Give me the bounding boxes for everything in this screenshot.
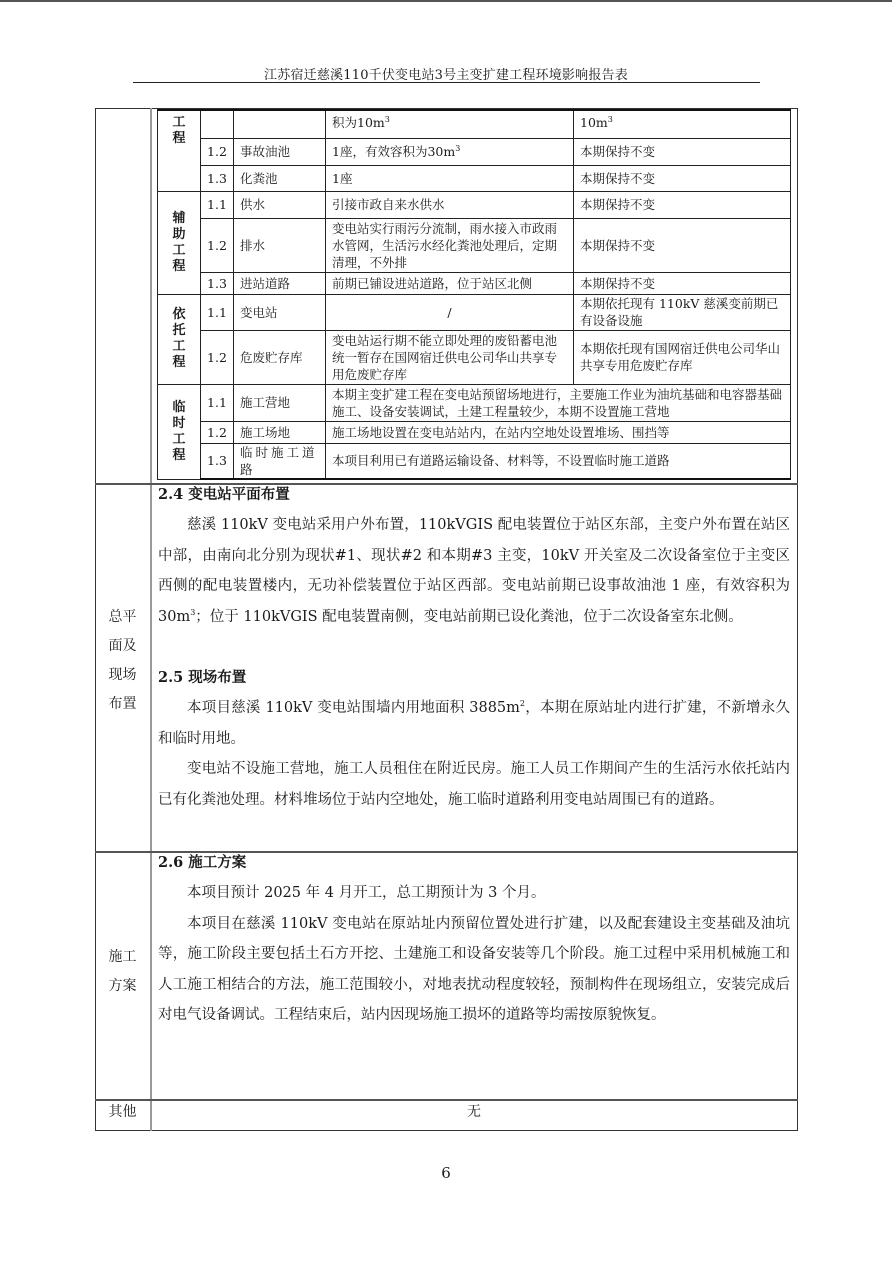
item-name: 化粪池 xyxy=(234,165,326,191)
table-row: 临 时 工 程 1.1 施工营地 本期主变扩建工程在变电站预留场地进行，主要施工… xyxy=(158,384,791,421)
section-heading-2-6: 2.6 施工方案 xyxy=(158,852,790,874)
item-number: 1.3 xyxy=(201,165,234,191)
paragraph: 本项目慈溪 110kV 变电站围墙内用地面积 3885m2，本期在原站址内进行扩… xyxy=(158,693,790,754)
item-status: 本期保持不变 xyxy=(574,218,791,272)
item-content: / xyxy=(326,294,574,330)
section-heading-2-5: 2.5 现场布置 xyxy=(158,667,790,689)
table-row: 1.2 排水 变电站实行雨污分流制，雨水接入市政雨水管网，生活污水经化粪池处理后… xyxy=(158,218,791,272)
label-line: 总平 xyxy=(95,603,150,632)
section-site-layout: 2.5 现场布置 本项目慈溪 110kV 变电站围墙内用地面积 3885m2，本… xyxy=(158,667,790,815)
item-status: 本期依托现有国网宿迁供电公司华山共享专用危废贮存库 xyxy=(574,330,791,384)
item-content: 前期已铺设进站道路，位于站区北侧 xyxy=(326,272,574,294)
section-label-other: 其他 xyxy=(95,1100,150,1124)
project-composition-table: 工 程 积为10m3 10m3 1.2 事故油池 1座，有效容积为30m3 本期… xyxy=(157,109,791,480)
table-row: 1.3 临时施工道路 本项目利用已有道路运输设备、材料等，不设置临时施工道路 xyxy=(158,443,791,479)
other-value: 无 xyxy=(150,1100,798,1124)
item-number: 1.2 xyxy=(201,421,234,443)
item-name: 危废贮存库 xyxy=(234,330,326,384)
item-content: 本期主变扩建工程在变电站预留场地进行，主要施工作业为油坑基础和电容器基础施工、设… xyxy=(326,384,791,421)
table-row: 1.3 化粪池 1座 本期保持不变 xyxy=(158,165,791,191)
item-status: 本期保持不变 xyxy=(574,272,791,294)
section-label-layout: 总平 面及 现场 布置 xyxy=(95,603,150,719)
item-name: 施工营地 xyxy=(234,384,326,421)
section-construction-plan: 2.6 施工方案 本项目预计 2025 年 4 月开工，总工期预计为 3 个月。… xyxy=(158,852,790,1031)
item-content: 变电站运行期不能立即处理的废铅蓄电池统一暂存在国网宿迁供电公司华山共享专用危废贮… xyxy=(326,330,574,384)
section-substation-layout: 2.4 变电站平面布置 慈溪 110kV 变电站采用户外布置，110kVGIS … xyxy=(158,484,790,632)
item-status: 本期依托现有 110kV 慈溪变前期已有设备设施 xyxy=(574,294,791,330)
label-column-divider xyxy=(150,108,152,1131)
item-number xyxy=(201,110,234,138)
item-number: 1.3 xyxy=(201,272,234,294)
label-line: 布置 xyxy=(95,690,150,719)
item-name: 施工场地 xyxy=(234,421,326,443)
table-row: 依 托 工 程 1.1 变电站 / 本期依托现有 110kV 慈溪变前期已有设备… xyxy=(158,294,791,330)
category-cell: 临 时 工 程 xyxy=(158,384,201,479)
item-number: 1.3 xyxy=(201,443,234,479)
label-line: 面及 xyxy=(95,632,150,661)
paragraph: 本项目预计 2025 年 4 月开工，总工期预计为 3 个月。 xyxy=(158,878,790,909)
paragraph: 变电站不设施工营地，施工人员租住在附近民房。施工人员工作期间产生的生活污水依托站… xyxy=(158,754,790,815)
item-name: 事故油池 xyxy=(234,138,326,165)
label-line: 施工 xyxy=(95,943,150,972)
item-name: 变电站 xyxy=(234,294,326,330)
category-label: 工 程 xyxy=(160,115,198,147)
table-row: 工 程 积为10m3 10m3 xyxy=(158,110,791,138)
item-number: 1.1 xyxy=(201,294,234,330)
table-row: 1.3 进站道路 前期已铺设进站道路，位于站区北侧 本期保持不变 xyxy=(158,272,791,294)
label-line: 现场 xyxy=(95,661,150,690)
table-row: 1.2 事故油池 1座，有效容积为30m3 本期保持不变 xyxy=(158,138,791,165)
item-number: 1.2 xyxy=(201,218,234,272)
category-label: 依 托 工 程 xyxy=(160,307,198,371)
page-top-border xyxy=(0,0,892,2)
category-cell: 依 托 工 程 xyxy=(158,294,201,384)
item-status: 本期保持不变 xyxy=(574,191,791,218)
item-name: 供水 xyxy=(234,191,326,218)
table-row: 1.2 危废贮存库 变电站运行期不能立即处理的废铅蓄电池统一暂存在国网宿迁供电公… xyxy=(158,330,791,384)
item-status: 本期保持不变 xyxy=(574,165,791,191)
category-cell: 辅 助 工 程 xyxy=(158,191,201,294)
category-cell: 工 程 xyxy=(158,110,201,191)
table-row: 1.2 施工场地 施工场地设置在变电站站内，在站内空地处设置堆场、围挡等 xyxy=(158,421,791,443)
item-content: 积为10m3 xyxy=(326,110,574,138)
item-content: 施工场地设置在变电站站内，在站内空地处设置堆场、围挡等 xyxy=(326,421,791,443)
item-status: 本期保持不变 xyxy=(574,138,791,165)
document-header-title: 江苏宿迁慈溪110千伏变电站3号主变扩建工程环境影响报告表 xyxy=(0,64,892,83)
item-content: 本项目利用已有道路运输设备、材料等，不设置临时施工道路 xyxy=(326,443,791,479)
item-content: 引接市政自来水供水 xyxy=(326,191,574,218)
header-rule xyxy=(133,82,760,83)
item-number: 1.1 xyxy=(201,384,234,421)
item-number: 1.1 xyxy=(201,191,234,218)
category-label: 辅 助 工 程 xyxy=(160,211,198,275)
item-number: 1.2 xyxy=(201,138,234,165)
item-name: 临时施工道路 xyxy=(234,443,326,479)
item-content: 变电站实行雨污分流制，雨水接入市政雨水管网，生活污水经化粪池处理后，定期清理，不… xyxy=(326,218,574,272)
page-number: 6 xyxy=(0,1164,892,1182)
item-name: 进站道路 xyxy=(234,272,326,294)
category-label: 临 时 工 程 xyxy=(160,400,198,464)
paragraph: 慈溪 110kV 变电站采用户外布置，110kVGIS 配电装置位于站区东部，主… xyxy=(158,510,790,632)
item-name: 排水 xyxy=(234,218,326,272)
item-content: 1座 xyxy=(326,165,574,191)
table-row: 辅 助 工 程 1.1 供水 引接市政自来水供水 本期保持不变 xyxy=(158,191,791,218)
paragraph: 本项目在慈溪 110kV 变电站在原站址内预留位置处进行扩建，以及配套建设主变基… xyxy=(158,909,790,1031)
item-name xyxy=(234,110,326,138)
item-content: 1座，有效容积为30m3 xyxy=(326,138,574,165)
label-line: 方案 xyxy=(95,972,150,1001)
item-status: 10m3 xyxy=(574,110,791,138)
item-number: 1.2 xyxy=(201,330,234,384)
section-heading-2-4: 2.4 变电站平面布置 xyxy=(158,484,790,506)
section-label-construction: 施工 方案 xyxy=(95,943,150,1001)
